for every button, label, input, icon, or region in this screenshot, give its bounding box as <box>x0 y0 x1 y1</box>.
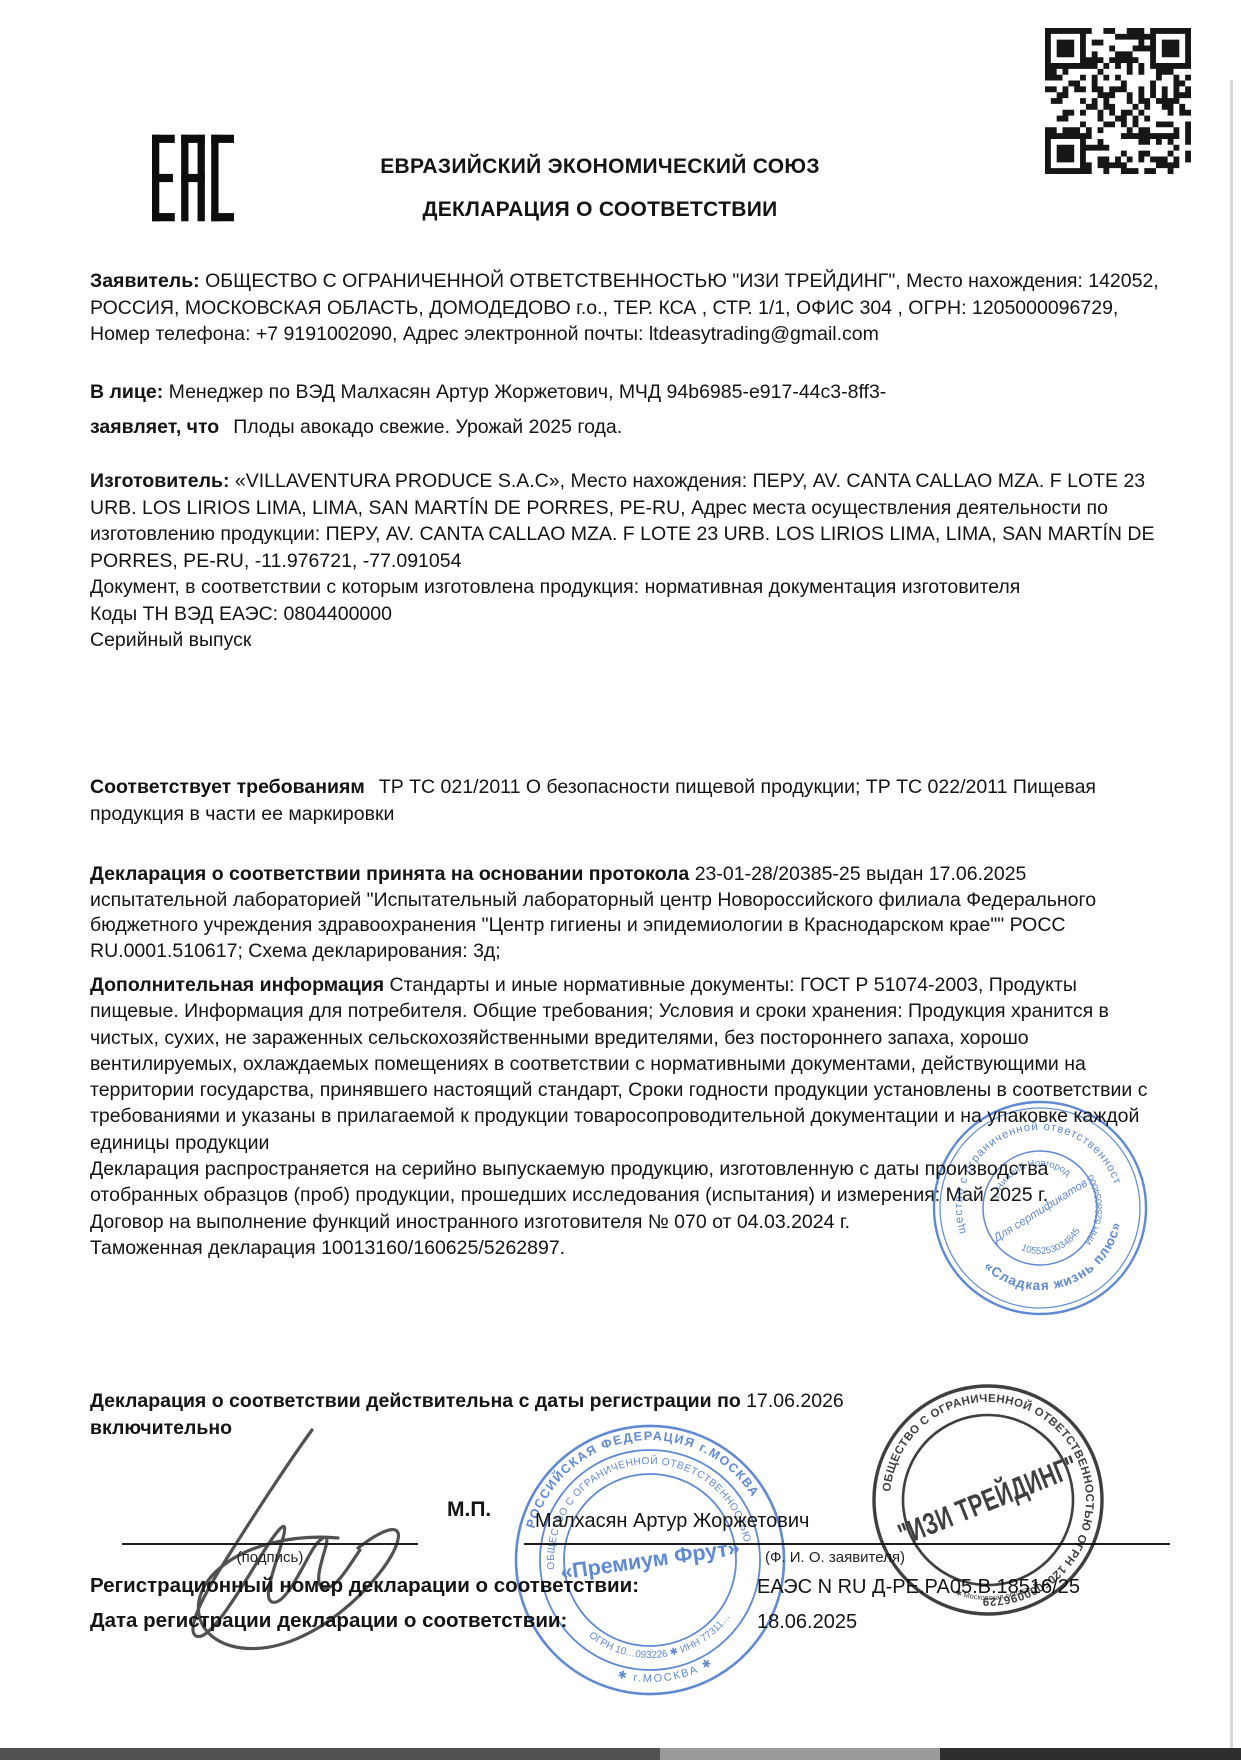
scan-edge-line <box>1230 80 1233 1748</box>
izi-seal-center: "ИЗИ ТРЕЙДИНГ" <box>893 1448 1083 1552</box>
mp-seal-mark: М.П. <box>447 1498 491 1522</box>
declares-label: заявляет, что <box>90 416 219 438</box>
svg-text:✱ г.МОСКВА ✱: ✱ г.МОСКВА ✱ <box>615 1655 717 1690</box>
signature-caption: (подпись) <box>150 1549 390 1566</box>
manufacturer-doc-line: Документ, в соответствии с которым изгот… <box>90 574 1160 601</box>
in-person-text: Менеджер по ВЭД Малхасян Артур Жоржетови… <box>163 381 886 403</box>
premium-seal-outer-bottom: ✱ г.МОСКВА ✱ <box>615 1655 717 1690</box>
izi-trading-seal-stamp: ОБЩЕСТВО С ОГРАНИЧЕННОЙ ОТВЕТСТВЕННОСТЬЮ… <box>863 1375 1113 1625</box>
doc-title: ДЕКЛАРАЦИЯ О СООТВЕТСТВИИ <box>90 198 1110 222</box>
manufacturer-main: Изготовитель: «VILLAVENTURA PRODUCE S.A.… <box>90 468 1160 574</box>
in-person-paragraph: В лице: Менеджер по ВЭД Малхасян Артур Ж… <box>90 379 1160 406</box>
premium-seal-center: «Премиум Фрут» <box>559 1536 741 1585</box>
validity-date: 17.06.2026 <box>741 1390 844 1412</box>
reg-date-label: Дата регистрации декларации о соответств… <box>90 1609 567 1633</box>
qr-code <box>1045 28 1191 174</box>
declaration-document-page: ЕВРАЗИЙСКИЙ ЭКОНОМИЧЕСКИЙ СОЮЗ ДЕКЛАРАЦИ… <box>0 0 1241 1760</box>
compliance-paragraph: Соответствует требованиямТР ТС 021/2011 … <box>90 774 1160 827</box>
basis-paragraph: Декларация о соответствии принята на осн… <box>90 862 1160 964</box>
signature-line <box>122 1543 418 1545</box>
basis-label: Декларация о соответствии принята на осн… <box>90 863 689 885</box>
manufacturer-serial: Серийный выпуск <box>90 627 1160 654</box>
scan-bottom-band-light <box>660 1748 940 1760</box>
applicant-label: Заявитель: <box>90 270 200 292</box>
supplier-seal-number: 1055253034845 <box>1017 1224 1087 1265</box>
manufacturer-label: Изготовитель: <box>90 470 229 492</box>
manufacturer-paragraph: Изготовитель: «VILLAVENTURA PRODUCE S.A.… <box>90 468 1160 654</box>
manufacturer-tnved: Коды ТН ВЭД ЕАЭС: 0804400000 <box>90 601 1160 628</box>
svg-text:1055253034845: 1055253034845 <box>1017 1224 1087 1265</box>
applicant-text: ОБЩЕСТВО С ОГРАНИЧЕННОЙ ОТВЕТСТВЕННОСТЬЮ… <box>90 270 1159 345</box>
applicant-paragraph: Заявитель: ОБЩЕСТВО С ОГРАНИЧЕННОЙ ОТВЕТ… <box>90 268 1160 348</box>
premium-fruit-seal-stamp: РОССИЙСКАЯ ФЕДЕРАЦИЯ г.МОСКВА ✱ г.МОСКВА… <box>505 1415 795 1705</box>
additional-label: Дополнительная информация <box>90 974 384 996</box>
union-title: ЕВРАЗИЙСКИЙ ЭКОНОМИЧЕСКИЙ СОЮЗ <box>90 155 1110 179</box>
compliance-label: Соответствует требованиям <box>90 776 365 798</box>
scan-bottom-band-dark <box>940 1748 1241 1760</box>
qr-modules <box>1045 28 1191 174</box>
declares-paragraph: заявляет, чтоПлоды авокадо свежие. Урожа… <box>90 414 1160 441</box>
in-person-label: В лице: <box>90 381 163 403</box>
manufacturer-text: «VILLAVENTURA PRODUCE S.A.C», Место нахо… <box>90 470 1154 572</box>
declares-text: Плоды авокадо свежие. Урожай 2025 года. <box>233 416 622 438</box>
supplier-seal-stamp: Общество с ограниченной ответственностью… <box>920 1088 1160 1328</box>
